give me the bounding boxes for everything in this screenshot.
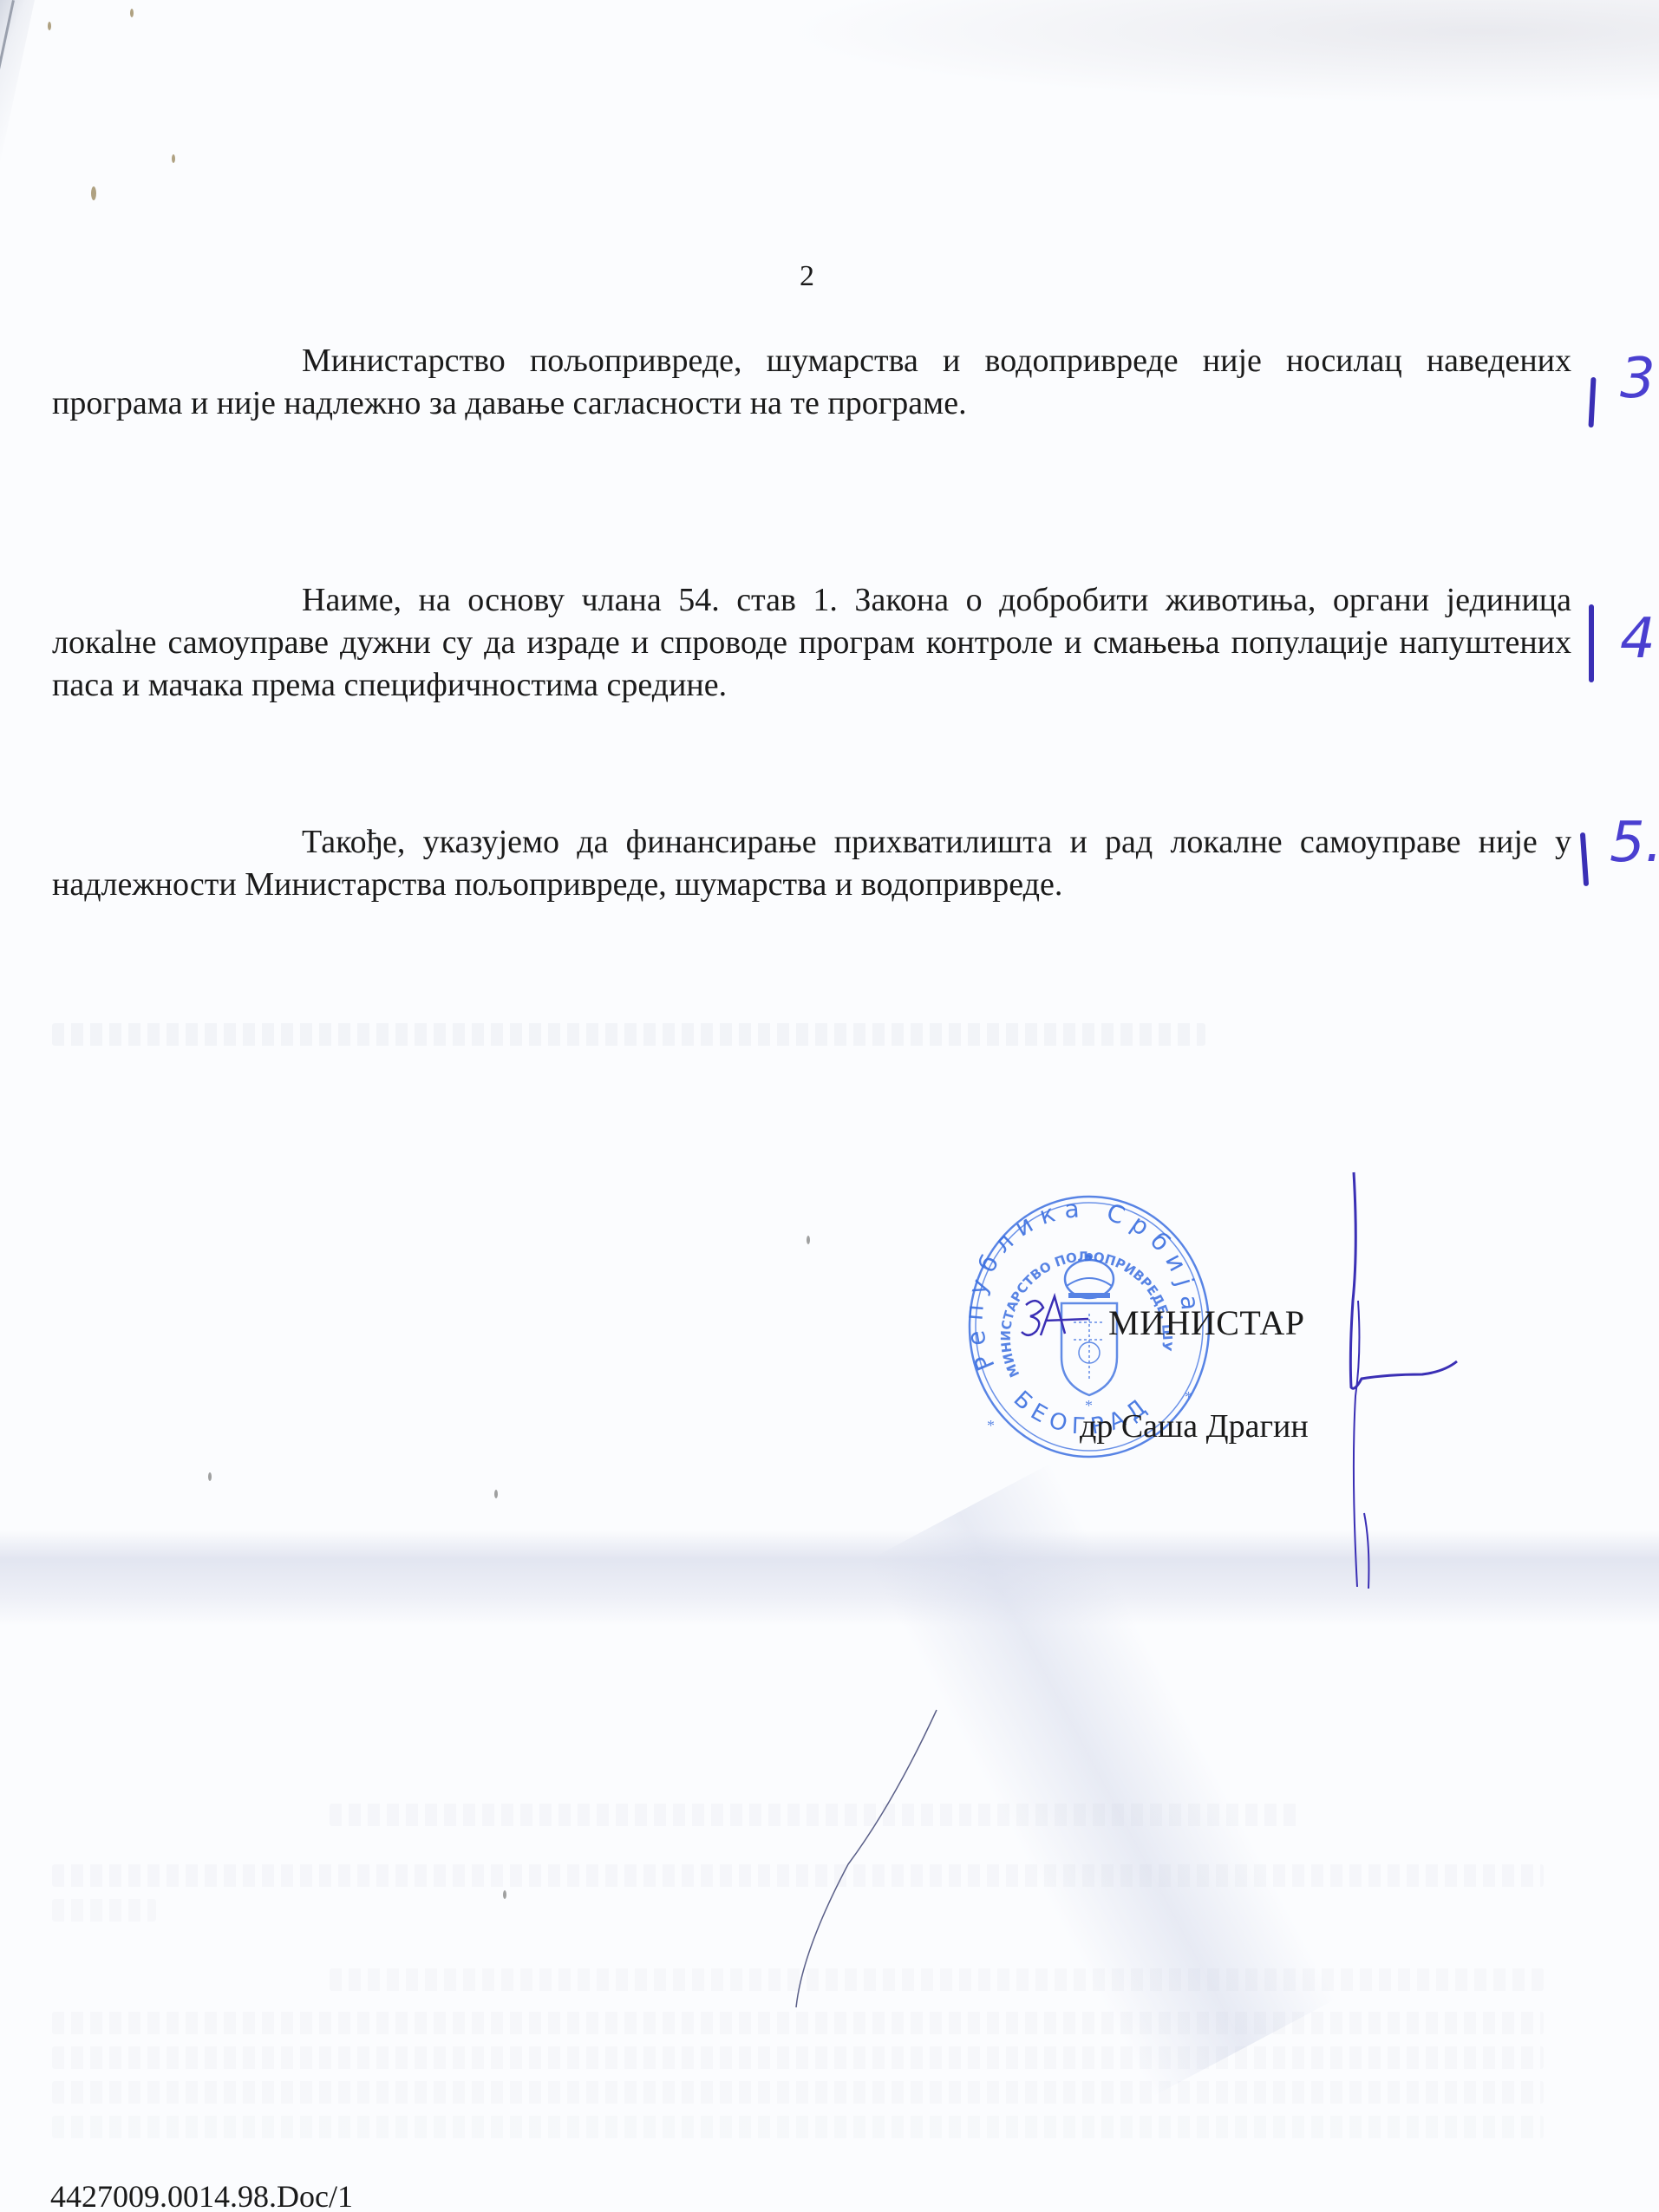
paper-speck: [130, 9, 134, 17]
paper-speck: [91, 186, 96, 200]
bleed-through-text: [52, 2081, 1544, 2104]
scan-shadow: [781, 0, 1659, 104]
paper-speck: [208, 1472, 212, 1481]
paragraph-ministry-not-holder: Министарство пољопривреде, шумарства и в…: [52, 340, 1571, 425]
margin-bracket-mark: [1589, 604, 1594, 682]
paper-speck: [494, 1490, 498, 1498]
paper-speck: [503, 1890, 506, 1899]
scanner-edge-shadow: [0, 0, 35, 173]
margin-annotation-number: 4: [1620, 607, 1656, 671]
paragraph-financing-shelters: Такође, указујемо да финансирање прихват…: [52, 821, 1571, 906]
margin-annotation-number: 5.: [1610, 811, 1659, 875]
bleed-through-text: [52, 2012, 1544, 2034]
minister-title: МИНИСТАР: [1108, 1302, 1304, 1343]
paper-fold-shadow: [0, 1530, 1659, 1626]
document-reference-code: 4427009.0014.98.Doc/1: [50, 2178, 353, 2212]
bleed-through-text: [330, 1968, 1544, 1991]
margin-bracket-mark: [1588, 377, 1596, 427]
bleed-through-text: [330, 1804, 1301, 1826]
minister-name: др Саша Драгин: [1080, 1407, 1309, 1445]
bleed-through-text: [52, 2046, 1544, 2069]
svg-text:*: *: [987, 1417, 995, 1434]
paper-speck: [807, 1236, 810, 1244]
bleed-through-text: [52, 2116, 1544, 2138]
paper-speck: [48, 22, 51, 30]
paper-speck: [172, 154, 175, 163]
bleed-through-text: [52, 1899, 156, 1922]
margin-bracket-mark: [1580, 832, 1589, 886]
page-number: 2: [800, 260, 814, 293]
margin-annotation-number: 3: [1620, 347, 1656, 411]
svg-text:*: *: [1185, 1388, 1192, 1406]
paragraph-law-article-54: Наиме, на основу члана 54. став 1. Закон…: [52, 579, 1571, 707]
bleed-through-text: [52, 1864, 1544, 1887]
bleed-through-text: [52, 1023, 1205, 1046]
